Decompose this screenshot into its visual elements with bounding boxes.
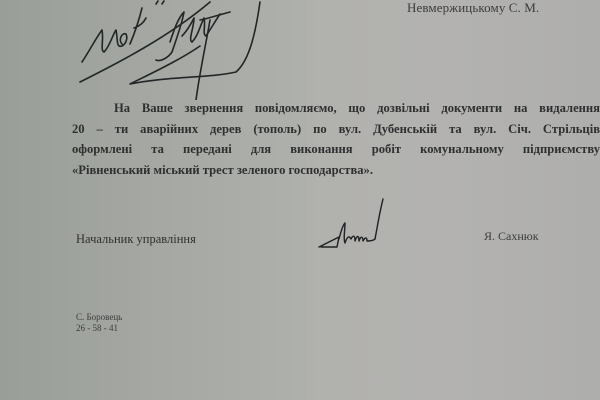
letter-body: На Ваше звернення повідомляємо, що дозві… [72,98,600,180]
body-line-2: 20 – ти аварійних дерев (тополь) по вул.… [72,119,600,140]
handwritten-resolution-signature [60,0,290,100]
executor-name: С. Боровець [76,312,122,323]
signer-name: Я. Сахнюк [484,229,539,244]
executor-phone: 26 - 58 - 41 [76,323,122,334]
recipient-name: Невмержицькому С. М. [407,0,539,16]
body-line-3: оформлені та передані для виконання робі… [72,139,600,160]
body-line-4: «Рівненський міський трест зеленого госп… [72,160,600,181]
paper-fold-line [305,0,307,400]
signer-position: Начальник управління [76,232,196,247]
letter-page: Невмержицькому С. М. На Ваше звернення п… [0,0,600,400]
official-signature [315,195,395,255]
body-line-1: На Ваше звернення повідомляємо, що дозві… [72,98,600,119]
executor-info: С. Боровець 26 - 58 - 41 [76,312,122,334]
